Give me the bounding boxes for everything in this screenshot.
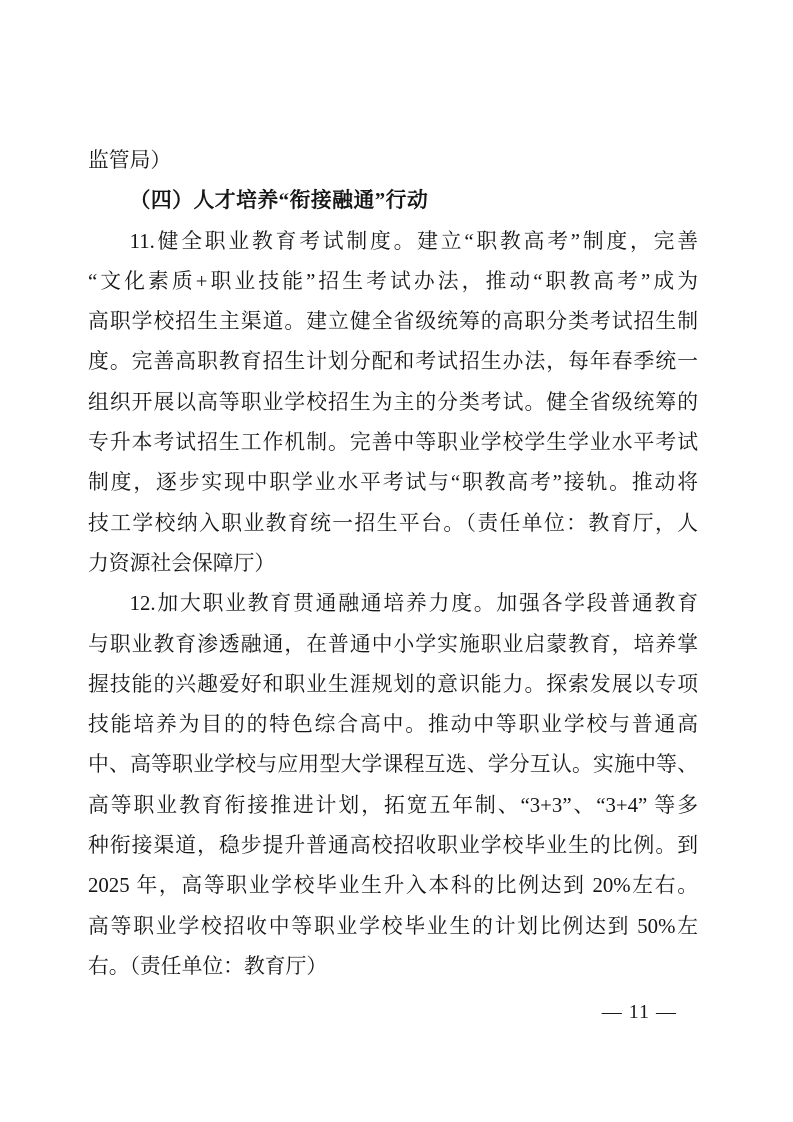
text-line: 制度，逐步实现中职学业水平考试与“职教高考”接轨。推动将 — [88, 463, 698, 503]
text-line: “文化素质+职业技能”招生考试办法，推动“职教高考”成为 — [88, 262, 698, 302]
document-page: 监管局） （四）人才培养“衔接融通”行动 11.健全职业教育考试制度。建立“职教… — [0, 0, 793, 1122]
text-line: 右。（责任单位：教育厅） — [88, 947, 698, 987]
text-line: 组织开展以高等职业学校招生为主的分类考试。健全省级统筹的 — [88, 383, 698, 423]
text-line: 高等职业教育衔接推进计划，拓宽五年制、“3+3”、“3+4” 等多 — [88, 786, 698, 826]
page-number: — 11 — — [602, 1000, 677, 1024]
section-heading: （四）人才培养“衔接融通”行动 — [88, 181, 698, 221]
text-line: 技工学校纳入职业教育统一招生平台。（责任单位：教育厅，人 — [88, 504, 698, 544]
text-line: 握技能的兴趣爱好和职业生涯规划的意识能力。探索发展以专项 — [88, 665, 698, 705]
text-line: 高职学校招生主渠道。建立健全省级统筹的高职分类考试招生制 — [88, 302, 698, 342]
text-line: 2025 年，高等职业学校毕业生升入本科的比例达到 20%左右。 — [88, 866, 698, 906]
text-line: 力资源社会保障厅） — [88, 544, 698, 584]
text-line: 高等职业学校招收中等职业学校毕业生的计划比例达到 50%左 — [88, 907, 698, 947]
text-line: 度。完善高职教育招生计划分配和考试招生办法，每年春季统一 — [88, 342, 698, 382]
text-line: 与职业教育渗透融通，在普通中小学实施职业启蒙教育，培养掌 — [88, 625, 698, 665]
text-line: 专升本考试招生工作机制。完善中等职业学校学生学业水平考试 — [88, 423, 698, 463]
text-line: 技能培养为目的的特色综合高中。推动中等职业学校与普通高 — [88, 705, 698, 745]
text-line: 监管局） — [88, 141, 698, 181]
text-line: 11.健全职业教育考试制度。建立“职教高考”制度，完善 — [88, 222, 698, 262]
text-line: 种衔接渠道，稳步提升普通高校招收职业学校毕业生的比例。到 — [88, 826, 698, 866]
document-body: 监管局） （四）人才培养“衔接融通”行动 11.健全职业教育考试制度。建立“职教… — [88, 141, 698, 987]
text-line: 12.加大职业教育贯通融通培养力度。加强各学段普通教育 — [88, 584, 698, 624]
text-line: 中、高等职业学校与应用型大学课程互选、学分互认。实施中等、 — [88, 745, 698, 785]
